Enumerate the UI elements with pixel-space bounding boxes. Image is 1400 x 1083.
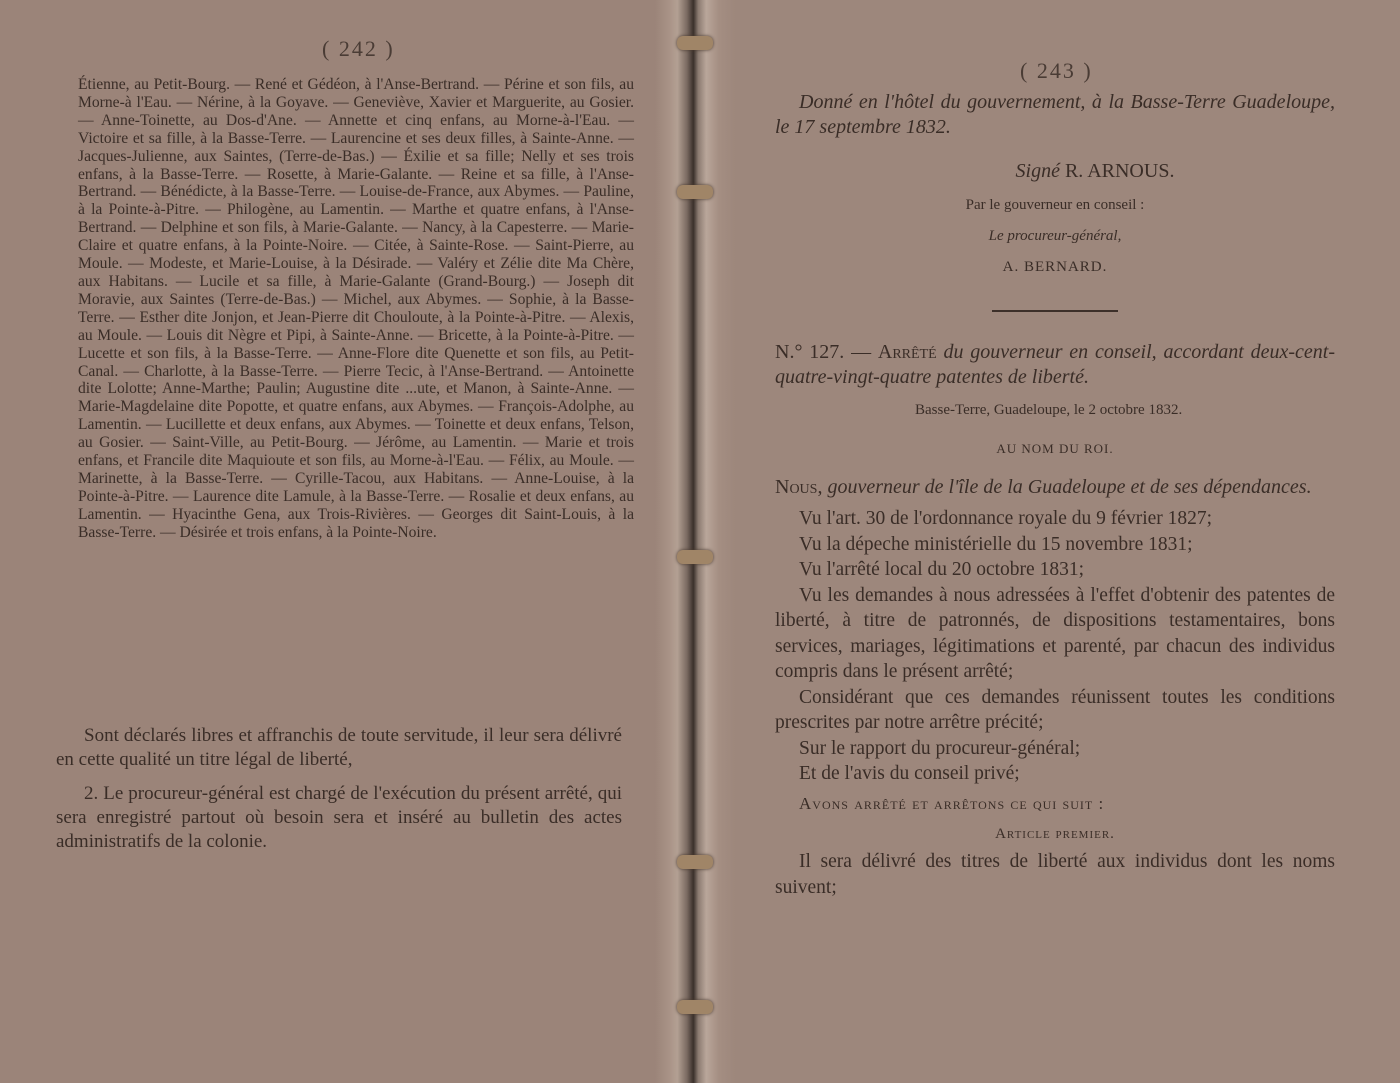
binding-thread (677, 1000, 713, 1014)
nous-rest: gouverneur de l'île de la Guadeloupe et … (827, 476, 1311, 498)
decree-conclusion: Sont déclarés libres et affranchis de to… (56, 724, 622, 864)
binding-thread (677, 855, 713, 869)
decree-kind: Arrêté (878, 341, 937, 363)
article-heading: Article premier. (775, 826, 1335, 843)
given-at-line: Donné en l'hôtel du gouvernement, à la B… (775, 90, 1335, 140)
signed-label: Signé (1016, 160, 1060, 182)
consideration-item: Vu la dépeche ministérielle du 15 novemb… (775, 532, 1335, 558)
section-divider (992, 310, 1118, 312)
in-name-of-king: AU NOM DU ROI. (775, 441, 1335, 457)
signature-block: Signé R. ARNOUS. (775, 160, 1335, 183)
consideration-item: Vu l'art. 30 de l'ordonnance royale du 9… (775, 506, 1335, 532)
decree-number: N.° 127. — (775, 341, 871, 363)
prosecutor-name: A. BERNARD. (775, 259, 1335, 276)
resolution-line: Avons arrêté et arrêtons ce qui suit : (775, 791, 1335, 817)
considerations-list: Vu l'art. 30 de l'ordonnance royale du 9… (775, 506, 1335, 787)
page-number-left: ( 242 ) (322, 36, 395, 62)
nous-line: Nous, gouverneur de l'île de la Guadelou… (775, 475, 1335, 500)
consideration-item: Sur le rapport du procureur-général; (775, 736, 1335, 762)
binding-thread (677, 550, 713, 564)
article-text: Il sera délivré des titres de liberté au… (775, 849, 1335, 900)
declaration-paragraph: Sont déclarés libres et affranchis de to… (56, 724, 622, 772)
page-number-right: ( 243 ) (1020, 58, 1093, 84)
by-governor-line: Par le gouverneur en conseil : (775, 197, 1335, 214)
freed-persons-list: Étienne, au Petit-Bourg. — René et Gédéo… (78, 76, 634, 542)
binding-thread (677, 36, 713, 50)
consideration-item: Et de l'avis du conseil privé; (775, 761, 1335, 787)
article-2-paragraph: 2. Le procureur-général est chargé de l'… (56, 782, 622, 854)
consideration-item: Considérant que ces demandes réunissent … (775, 685, 1335, 736)
decree-title: N.° 127. — Arrêté du gouverneur en conse… (775, 340, 1335, 390)
consideration-item: Vu l'arrêté local du 20 octobre 1831; (775, 557, 1335, 583)
signed-name: R. ARNOUS. (1065, 160, 1174, 182)
prosecutor-title: Le procureur-général, (775, 228, 1335, 245)
consideration-item: Vu les demandes à nous adressées à l'eff… (775, 583, 1335, 685)
place-date: Basse-Terre, Guadeloupe, le 2 octobre 18… (915, 402, 1335, 419)
name-list-text: Étienne, au Petit-Bourg. — René et Gédéo… (78, 76, 634, 542)
right-page-content: Donné en l'hôtel du gouvernement, à la B… (775, 90, 1335, 900)
nous-word: Nous, (775, 476, 822, 498)
binding-thread (677, 185, 713, 199)
book-spine-binding (655, 0, 735, 1083)
